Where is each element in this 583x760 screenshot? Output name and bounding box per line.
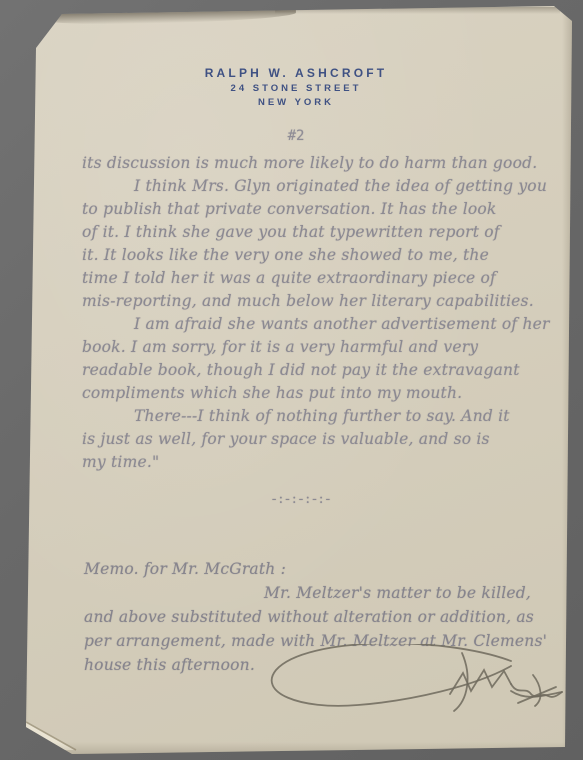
- body-line: book. I am sorry, for it is a very harmf…: [82, 336, 540, 359]
- section-divider: -:-:-:-:-: [82, 488, 522, 511]
- body-line: my time.": [82, 451, 540, 474]
- body-line: of it. I think she gave you that typewri…: [82, 221, 540, 244]
- body-line: time I told her it was a quite extraordi…: [82, 267, 540, 290]
- letterhead-city: NEW YORK: [20, 97, 572, 108]
- letterhead: RALPH W. ASHCROFT 24 STONE STREET NEW YO…: [20, 66, 572, 108]
- scan-background: RALPH W. ASHCROFT 24 STONE STREET NEW YO…: [0, 0, 583, 760]
- corner-fold: [22, 720, 84, 754]
- body-line: it. It looks like the very one she showe…: [82, 244, 540, 267]
- memo-line: and above substituted without alteration…: [84, 605, 554, 629]
- body-line: There---I think of nothing further to sa…: [82, 405, 540, 428]
- body-line: readable book, though I did not pay it t…: [82, 359, 540, 382]
- signature-rw-ashcroft: [264, 644, 564, 724]
- memo-line: Memo. for Mr. McGrath :: [84, 557, 554, 581]
- body-line: is just as well, for your space is valua…: [82, 428, 540, 451]
- body-line: to publish that private conversation. It…: [82, 198, 540, 221]
- page-number: #2: [20, 128, 572, 144]
- letterhead-address: 24 STONE STREET: [20, 83, 572, 94]
- letter-body: its discussion is much more likely to do…: [82, 152, 540, 511]
- letter-page: RALPH W. ASHCROFT 24 STONE STREET NEW YO…: [20, 6, 572, 754]
- body-line: I think Mrs. Glyn originated the idea of…: [82, 175, 540, 198]
- top-edge-curl-shadow: [46, 7, 296, 25]
- letterhead-name: RALPH W. ASHCROFT: [20, 66, 572, 80]
- memo-line: Mr. Meltzer's matter to be killed,: [84, 581, 554, 605]
- body-line: I am afraid she wants another advertisem…: [82, 313, 540, 336]
- body-line: mis-reporting, and much below her litera…: [82, 290, 540, 313]
- body-line: its discussion is much more likely to do…: [82, 152, 540, 175]
- top-edge-shadow: [275, 7, 560, 14]
- body-line: compliments which she has put into my mo…: [82, 382, 540, 405]
